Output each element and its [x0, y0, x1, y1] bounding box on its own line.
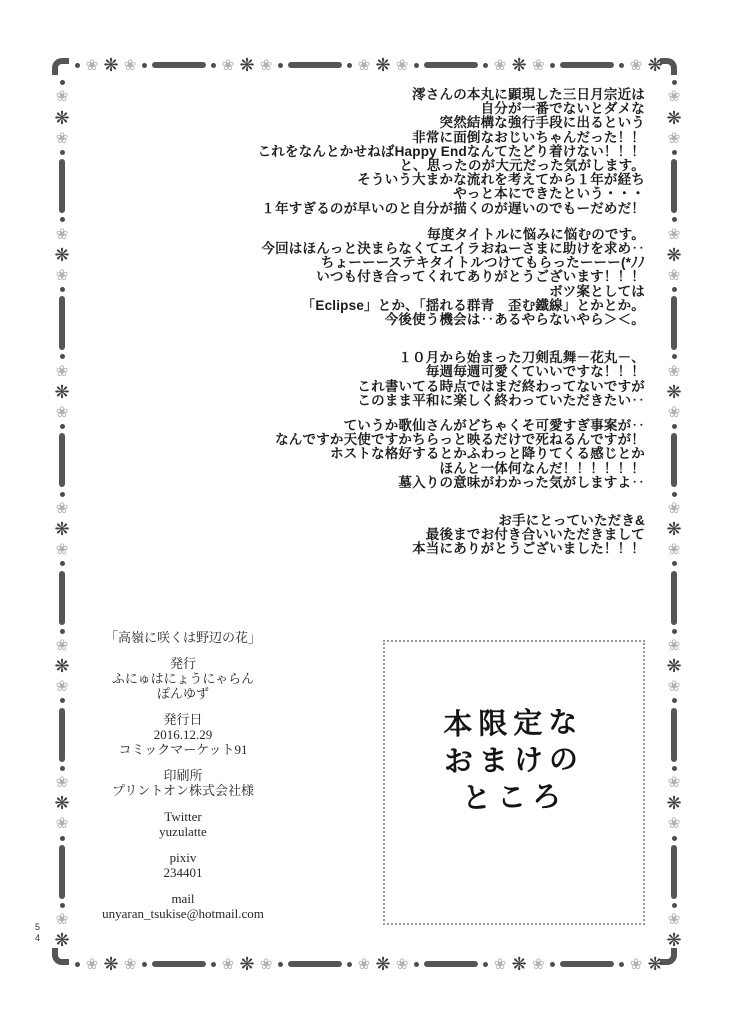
dot-ornament: [619, 962, 624, 967]
florette-light-icon: ❀: [124, 957, 137, 972]
florette-light-icon: ❀: [56, 405, 69, 420]
dot-ornament: [414, 63, 419, 68]
colophon-section-pixiv: pixiv 234401: [63, 850, 303, 880]
mail-address: unyaran_tsukise@hotmail.com: [63, 906, 303, 921]
florette-dark-icon: ❋: [54, 931, 69, 949]
florette-dark-icon: ❋: [666, 520, 681, 538]
dot-ornament: [550, 962, 555, 967]
florette-dark-icon: ❋: [240, 955, 255, 973]
florette-light-icon: ❀: [668, 638, 681, 653]
border-line-segment: [59, 571, 66, 625]
florette-light-icon: ❀: [56, 542, 69, 557]
border-ornament-bottom: ❀❋❀❀❋❀❀❋❀❀❋❀❀❋: [70, 954, 668, 974]
dot-ornament: [672, 424, 677, 429]
publish-date-label: 発行日: [63, 712, 303, 727]
dot-ornament: [672, 698, 677, 703]
border-line-segment: [560, 62, 614, 69]
dot-ornament: [142, 962, 147, 967]
florette-light-icon: ❀: [668, 131, 681, 146]
pixiv-id: 234401: [63, 865, 303, 880]
florette-dark-icon: ❋: [666, 794, 681, 812]
florette-dark-icon: ❋: [54, 383, 69, 401]
florette-light-icon: ❀: [532, 58, 545, 73]
afterword-paragraph-1: 澪さんの本丸に顕現した三日月宗近は 自分が一番でないとダメな 突然結構な強行手段…: [225, 88, 645, 216]
publisher-value: ふにゅはにょうにゃらん ぽんゆず: [63, 671, 303, 701]
border-line-segment: [152, 62, 206, 69]
border-line-segment: [671, 708, 678, 762]
dot-ornament: [278, 962, 283, 967]
dot-ornament: [75, 962, 80, 967]
florette-dark-icon: ❋: [666, 383, 681, 401]
border-line-segment: [288, 961, 342, 968]
colophon: 「高嶺に咲くは野辺の花」 発行 ふにゅはにょうにゃらん ぽんゆず 発行日 201…: [63, 630, 303, 921]
florette-light-icon: ❀: [56, 501, 69, 516]
florette-light-icon: ❀: [56, 131, 69, 146]
dot-ornament: [347, 962, 352, 967]
page-number: 54: [33, 922, 42, 944]
border-line-segment: [288, 62, 342, 69]
florette-light-icon: ❀: [668, 775, 681, 790]
publish-date-value: 2016.12.29 コミックマーケット91: [63, 727, 303, 757]
florette-light-icon: ❀: [668, 89, 681, 104]
afterword-paragraph-3: １０月から始まった刀剣乱舞－花丸－、 毎週毎週可愛くていいですな！！！ これ書い…: [225, 351, 645, 408]
dot-ornament: [60, 354, 65, 359]
dot-ornament: [619, 63, 624, 68]
florette-light-icon: ❀: [532, 957, 545, 972]
omake-box: 本限定な おまけの ところ: [383, 640, 645, 925]
florette-dark-icon: ❋: [666, 657, 681, 675]
colophon-section-publish-date: 発行日 2016.12.29 コミックマーケット91: [63, 712, 303, 757]
florette-light-icon: ❀: [668, 542, 681, 557]
florette-dark-icon: ❋: [54, 246, 69, 264]
florette-dark-icon: ❋: [666, 931, 681, 949]
dot-ornament: [278, 63, 283, 68]
florette-dark-icon: ❋: [376, 56, 391, 74]
border-line-segment: [560, 961, 614, 968]
dot-ornament: [60, 561, 65, 566]
florette-light-icon: ❀: [668, 679, 681, 694]
florette-light-icon: ❀: [56, 364, 69, 379]
florette-light-icon: ❀: [630, 58, 643, 73]
florette-light-icon: ❀: [494, 957, 507, 972]
printer-label: 印刷所: [63, 768, 303, 783]
florette-light-icon: ❀: [396, 58, 409, 73]
colophon-section-twitter: Twitter yuzulatte: [63, 809, 303, 839]
florette-light-icon: ❀: [260, 58, 273, 73]
florette-light-icon: ❀: [668, 501, 681, 516]
florette-light-icon: ❀: [358, 957, 371, 972]
florette-light-icon: ❀: [668, 227, 681, 242]
florette-light-icon: ❀: [56, 227, 69, 242]
border-line-segment: [424, 961, 478, 968]
pixiv-label: pixiv: [63, 850, 303, 865]
florette-light-icon: ❀: [124, 58, 137, 73]
dot-ornament: [672, 629, 677, 634]
border-ornament-top: ❀❋❀❀❋❀❀❋❀❀❋❀❀❋: [70, 55, 668, 75]
florette-dark-icon: ❋: [666, 246, 681, 264]
florette-dark-icon: ❋: [54, 520, 69, 538]
border-line-segment: [671, 159, 678, 213]
florette-dark-icon: ❋: [376, 955, 391, 973]
dot-ornament: [672, 354, 677, 359]
dot-ornament: [60, 424, 65, 429]
colophon-section-publisher: 発行 ふにゅはにょうにゃらん ぽんゆず: [63, 656, 303, 701]
dot-ornament: [672, 903, 677, 908]
border-line-segment: [59, 296, 66, 350]
florette-dark-icon: ❋: [648, 955, 663, 973]
dot-ornament: [60, 217, 65, 222]
omake-note: 本限定な おまけの ところ: [384, 704, 644, 819]
border-line-segment: [59, 159, 66, 213]
border-line-segment: [671, 845, 678, 899]
border-line-segment: [152, 961, 206, 968]
dot-ornament: [60, 80, 65, 85]
dot-ornament: [60, 492, 65, 497]
doujin-afterword-page: ❀❋❀❀❋❀❀❋❀❀❋❀❀❋ ❀❋❀❀❋❀❀❋❀❀❋❀❀❋ ❀❋❀❀❋❀❀❋❀❀…: [0, 0, 736, 1030]
twitter-handle: yuzulatte: [63, 824, 303, 839]
florette-dark-icon: ❋: [512, 955, 527, 973]
border-line-segment: [671, 571, 678, 625]
florette-light-icon: ❀: [86, 957, 99, 972]
border-line-segment: [671, 433, 678, 487]
border-corner-top-left: [52, 58, 69, 75]
florette-light-icon: ❀: [358, 58, 371, 73]
dot-ornament: [211, 63, 216, 68]
florette-dark-icon: ❋: [103, 56, 118, 74]
dot-ornament: [550, 63, 555, 68]
florette-light-icon: ❀: [396, 957, 409, 972]
dot-ornament: [672, 836, 677, 841]
dot-ornament: [60, 150, 65, 155]
publisher-label: 発行: [63, 656, 303, 671]
afterword-text: 澪さんの本丸に顕現した三日月宗近は 自分が一番でないとダメな 突然結構な強行手段…: [225, 88, 645, 557]
florette-light-icon: ❀: [630, 957, 643, 972]
dot-ornament: [347, 63, 352, 68]
colophon-section-mail: mail unyaran_tsukise@hotmail.com: [63, 891, 303, 921]
afterword-paragraph-5: お手にとっていただき& 最後までお付き合いいただきまして 本当にありがとうござい…: [225, 514, 645, 557]
dot-ornament: [672, 217, 677, 222]
afterword-paragraph-2: 毎度タイトルに悩みに悩むのです。 今回はほんっと決まらなくてエイラおねーさまに助…: [225, 228, 645, 327]
dot-ornament: [672, 150, 677, 155]
colophon-section-printer: 印刷所 プリントオン株式会社様: [63, 768, 303, 798]
florette-dark-icon: ❋: [648, 56, 663, 74]
dot-ornament: [672, 492, 677, 497]
florette-light-icon: ❀: [494, 58, 507, 73]
border-ornament-right: ❀❋❀❀❋❀❀❋❀❀❋❀❀❋❀❀❋❀❀❋: [664, 76, 684, 954]
florette-light-icon: ❀: [668, 268, 681, 283]
dot-ornament: [672, 287, 677, 292]
florette-dark-icon: ❋: [666, 109, 681, 127]
dot-ornament: [414, 962, 419, 967]
florette-light-icon: ❀: [668, 912, 681, 927]
border-line-segment: [59, 433, 66, 487]
florette-dark-icon: ❋: [512, 56, 527, 74]
florette-light-icon: ❀: [56, 268, 69, 283]
florette-light-icon: ❀: [86, 58, 99, 73]
dot-ornament: [672, 80, 677, 85]
florette-light-icon: ❀: [56, 89, 69, 104]
florette-light-icon: ❀: [668, 405, 681, 420]
dot-ornament: [672, 561, 677, 566]
dot-ornament: [75, 63, 80, 68]
florette-light-icon: ❀: [222, 957, 235, 972]
border-line-segment: [671, 296, 678, 350]
dot-ornament: [142, 63, 147, 68]
dot-ornament: [672, 766, 677, 771]
dot-ornament: [211, 962, 216, 967]
dot-ornament: [483, 63, 488, 68]
florette-dark-icon: ❋: [103, 955, 118, 973]
florette-dark-icon: ❋: [240, 56, 255, 74]
book-title: 「高嶺に咲くは野辺の花」: [63, 630, 303, 645]
dot-ornament: [60, 287, 65, 292]
printer-value: プリントオン株式会社様: [63, 783, 303, 798]
florette-light-icon: ❀: [668, 816, 681, 831]
twitter-label: Twitter: [63, 809, 303, 824]
dot-ornament: [483, 962, 488, 967]
afterword-paragraph-4: ていうか歌仙さんがどちゃくそ可愛すぎ事案が‥ なんですか天使ですかちらっと映るだ…: [225, 419, 645, 490]
florette-light-icon: ❀: [260, 957, 273, 972]
florette-light-icon: ❀: [222, 58, 235, 73]
florette-dark-icon: ❋: [54, 109, 69, 127]
florette-light-icon: ❀: [668, 364, 681, 379]
border-line-segment: [424, 62, 478, 69]
mail-label: mail: [63, 891, 303, 906]
